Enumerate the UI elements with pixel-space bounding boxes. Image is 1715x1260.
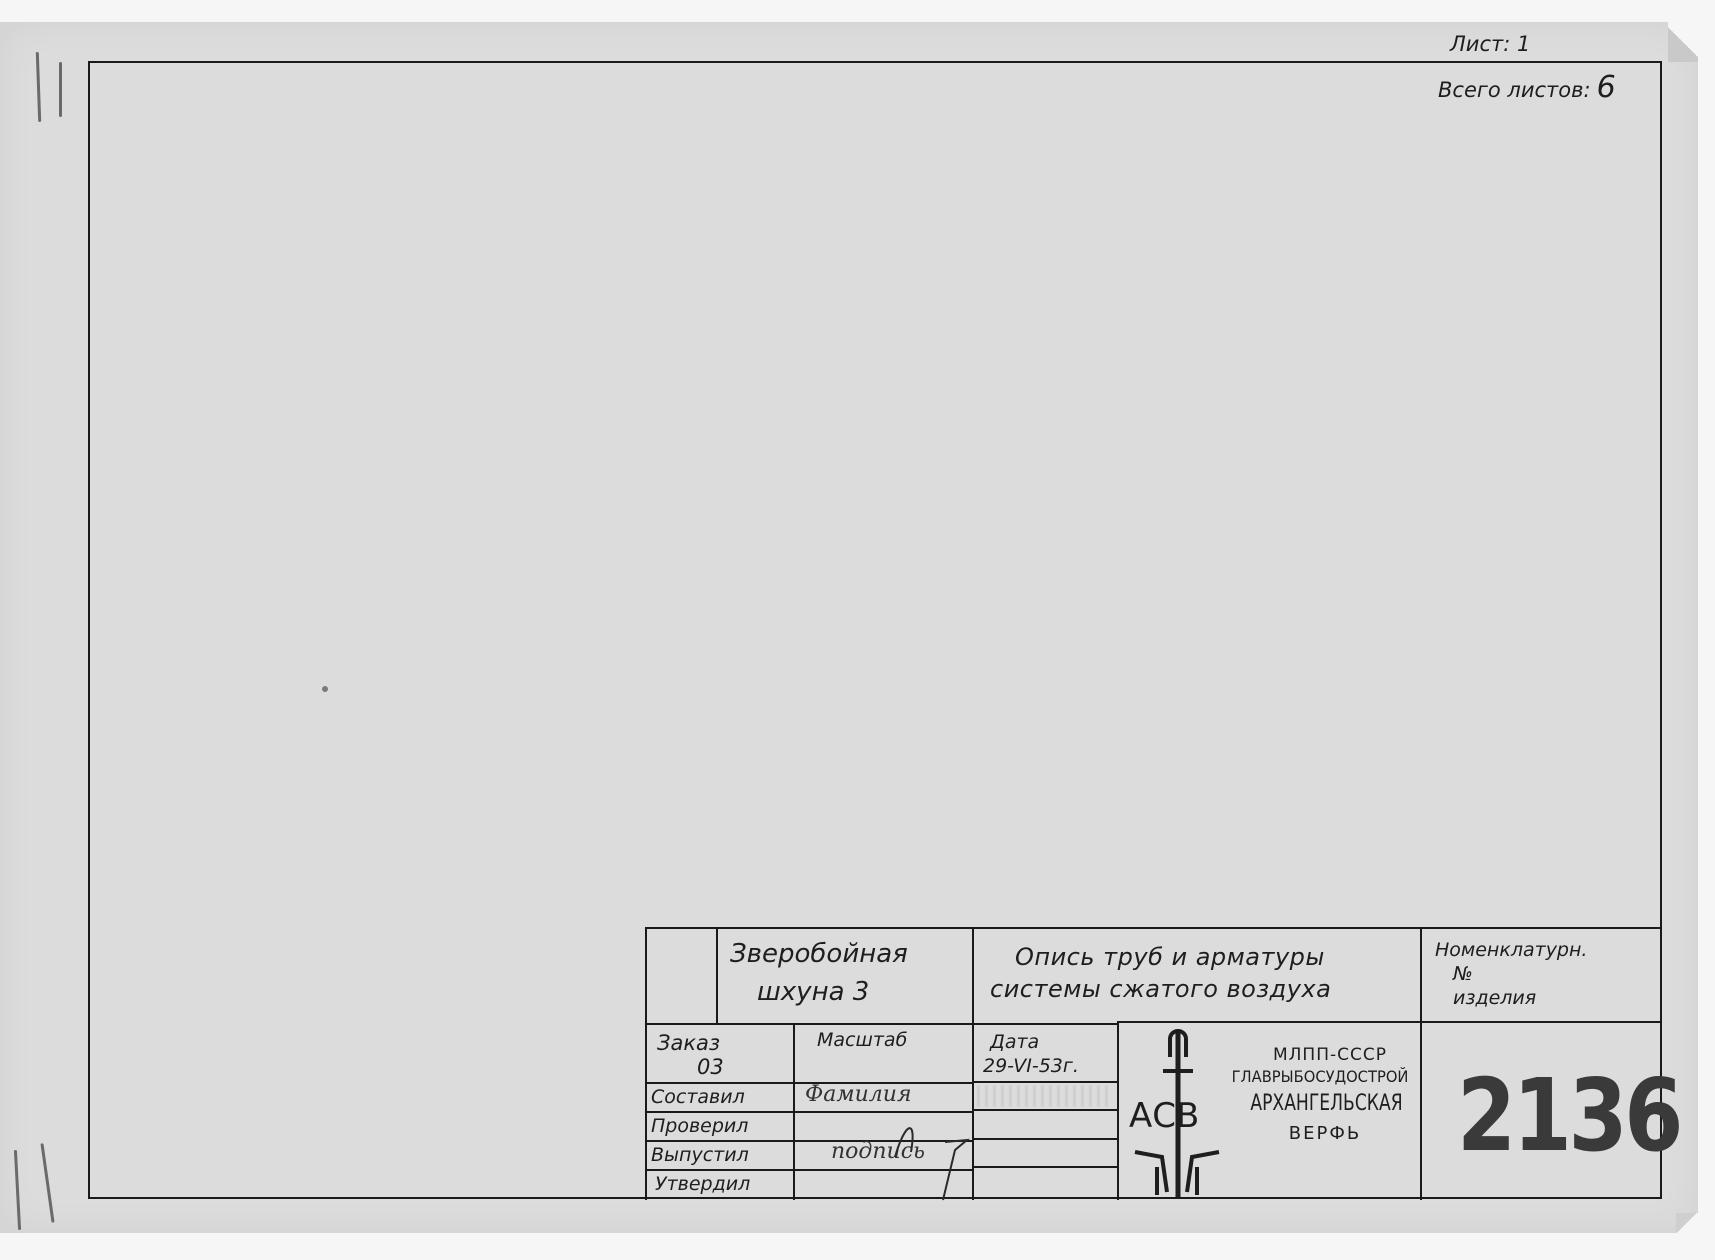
order-label: Заказ [657, 1031, 720, 1055]
role-compiled: Составил [651, 1086, 745, 1108]
role-released: Выпустил [651, 1144, 749, 1166]
signature-flourish [825, 1112, 975, 1202]
total-sheets: Всего листов:6 [1438, 70, 1616, 105]
vessel-name-line-1: Зверобойная [730, 939, 908, 969]
folded-corner-top-right [1668, 22, 1698, 62]
title-block: Зверобойная шхуна 3 Опись труб и арматур… [645, 927, 1662, 1200]
total-sheets-value: 6 [1597, 70, 1616, 105]
nomenclature-label-line-1: Номенклатурн. [1435, 939, 1587, 961]
order-value: 03 [697, 1055, 724, 1079]
role-checked: Проверил [651, 1115, 748, 1137]
role-approved: Утвердил [655, 1173, 750, 1195]
svg-text:АСВ: АСВ [1129, 1096, 1199, 1136]
vessel-name-line-2: шхуна 3 [757, 977, 869, 1007]
nomenclature-label-line-2: № [1453, 963, 1473, 985]
org-ministry: МЛПП-СССР [1245, 1045, 1415, 1065]
org-shipyard-name: АРХАНГЕЛЬСКАЯ [1250, 1091, 1394, 1116]
document-title-line-1: Опись труб и арматуры [1015, 943, 1325, 971]
document-title-line-2: системы сжатого воздуха [990, 975, 1331, 1003]
org-directorate: ГЛАВРЫБОСУДОСТРОЙ [1228, 1067, 1412, 1086]
binding-mark [59, 62, 62, 117]
nomenclature-label-line-3: изделия [1453, 987, 1536, 1009]
sheet-number: Лист: 1 [1450, 32, 1530, 56]
scale-label: Масштаб [817, 1029, 907, 1051]
folded-corner-bottom-right [1676, 1213, 1698, 1233]
total-sheets-label: Всего листов: [1438, 78, 1591, 102]
shipyard-logo-icon: АСВ [1127, 1027, 1227, 1197]
org-shipyard-type: ВЕРФЬ [1245, 1123, 1405, 1144]
date-value: 29-VI-53г. [983, 1055, 1079, 1077]
date-label: Дата [990, 1031, 1039, 1053]
item-number: 2136 [1457, 1057, 1680, 1174]
erased-stamp-area [977, 1085, 1113, 1107]
signature-compiled: Фамилия [805, 1082, 912, 1107]
